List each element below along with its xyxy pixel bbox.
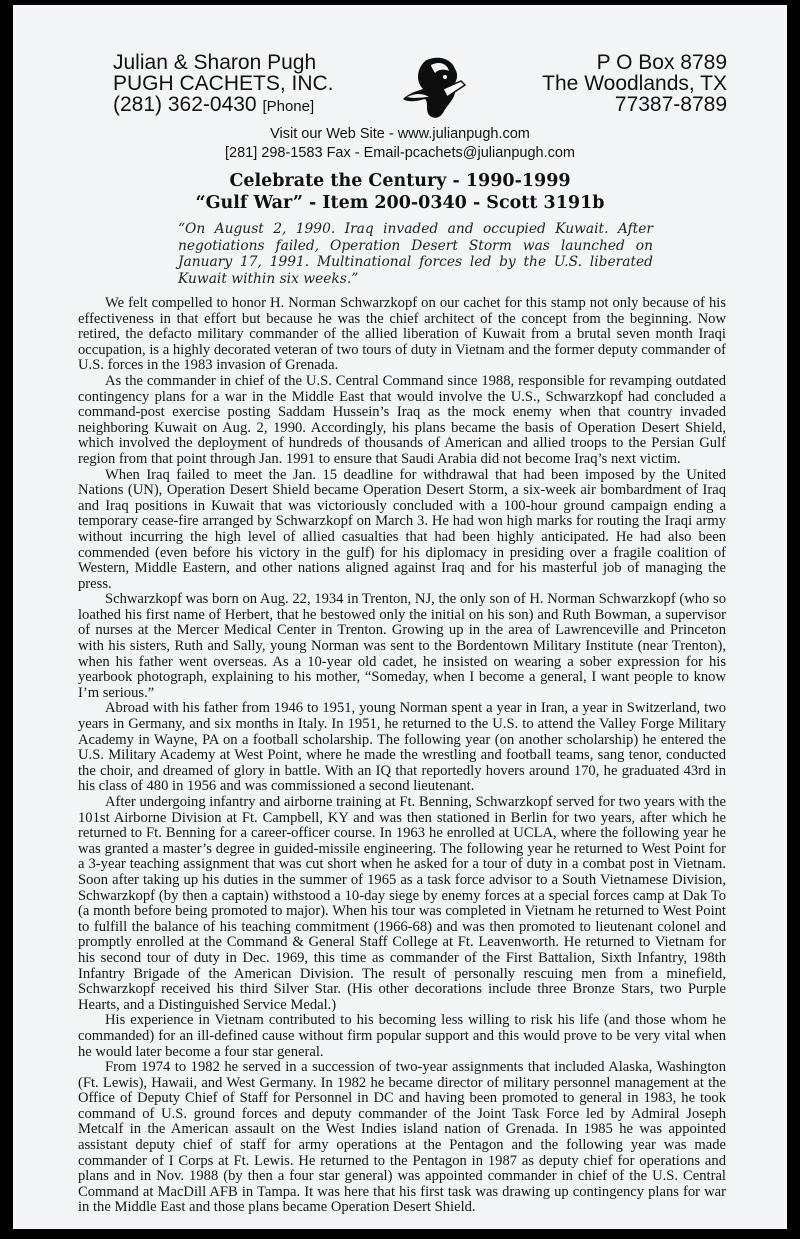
- po-box: P O Box 8789: [542, 52, 727, 73]
- phone-line: (281) 362-0430 [Phone]: [113, 94, 334, 117]
- fax-email-line: [281] 298-1583 Fax - Email-pcachets@juli…: [13, 144, 787, 163]
- skunk-logo-icon: [395, 53, 473, 125]
- contact-block: Visit our Web Site - www.julianpugh.com …: [13, 125, 787, 163]
- title-line-2: “Gulf War” - Item 200-0340 - Scott 3191b: [13, 192, 787, 214]
- paragraph: As the commander in chief of the U.S. Ce…: [78, 374, 726, 468]
- paragraph: From 1974 to 1982 he served in a success…: [78, 1060, 726, 1216]
- mailing-address: P O Box 8789 The Woodlands, TX 77387-878…: [542, 52, 727, 115]
- company-name: PUGH CACHETS, INC.: [113, 73, 334, 94]
- intro-quote: “On August 2, 1990. Iraq invaded and occ…: [178, 221, 653, 287]
- phone-number: (281) 362-0430: [113, 93, 257, 116]
- title-line-1: Celebrate the Century - 1990-1999: [13, 170, 787, 192]
- paragraph: When Iraq failed to meet the Jan. 15 dea…: [78, 468, 726, 593]
- paragraph: We felt compelled to honor H. Norman Sch…: [78, 296, 726, 374]
- paragraph: His experience in Vietnam contributed to…: [78, 1013, 726, 1060]
- paragraph: Abroad with his father from 1946 to 1951…: [78, 701, 726, 795]
- phone-label: [Phone]: [262, 98, 314, 115]
- article-body: We felt compelled to honor H. Norman Sch…: [78, 296, 726, 1216]
- document-title: Celebrate the Century - 1990-1999 “Gulf …: [13, 170, 787, 214]
- city-state: The Woodlands, TX: [542, 73, 727, 94]
- company-info: Julian & Sharon Pugh PUGH CACHETS, INC. …: [113, 52, 334, 117]
- paragraph: After undergoing infantry and airborne t…: [78, 795, 726, 1013]
- website-line: Visit our Web Site - www.julianpugh.com: [13, 125, 787, 144]
- document-page: Julian & Sharon Pugh PUGH CACHETS, INC. …: [13, 5, 787, 1229]
- owner-names: Julian & Sharon Pugh: [113, 52, 334, 73]
- zip-code: 77387-8789: [542, 94, 727, 115]
- paragraph: Schwarzkopf was born on Aug. 22, 1934 in…: [78, 592, 726, 701]
